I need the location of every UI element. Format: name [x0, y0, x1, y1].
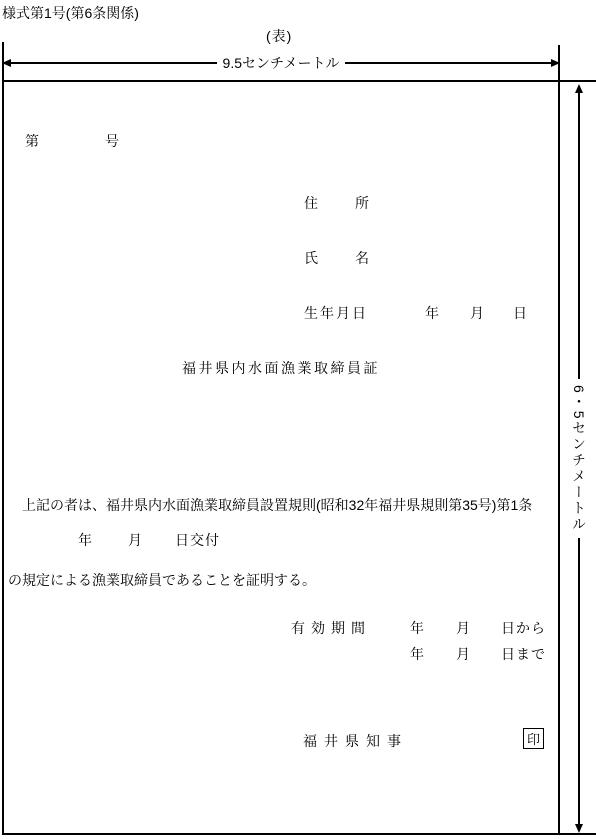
- statement-line-2: の規定による漁業取締員であることを証明する。: [8, 568, 532, 593]
- arrowhead-down-icon: [575, 824, 583, 833]
- measure-tick-left: [2, 42, 4, 80]
- border-extension-top: [560, 80, 596, 82]
- side-label: (表): [266, 26, 292, 46]
- arrowhead-up-icon: [575, 84, 583, 93]
- certificate-card: 第 号 住 所 氏 名 生年月日 年 月 日 福井県内水面漁業取締員証 上記の者…: [2, 80, 560, 835]
- measure-line-bottom: [578, 538, 580, 824]
- issue-date-year-label: 年: [78, 530, 92, 550]
- validity-from-year-label: 年: [410, 618, 424, 638]
- birthdate-month-label: 月: [470, 303, 484, 323]
- certificate-number-suffix: 号: [105, 131, 119, 151]
- measure-tick-right: [558, 45, 560, 80]
- width-measure-label: 9.5センチメートル: [217, 53, 346, 73]
- certificate-title: 福井県内水面漁業取締員証: [4, 358, 558, 378]
- issue-date-day-label: 日交付: [175, 530, 220, 550]
- birthdate-label: 生年月日: [304, 303, 368, 323]
- width-measure: 9.5センチメートル: [2, 55, 560, 71]
- name-label-left: 氏: [304, 248, 318, 268]
- birthdate-day-label: 日: [513, 303, 527, 323]
- validity-to-day-label: 日まで: [501, 644, 546, 664]
- name-label-right: 名: [355, 248, 369, 268]
- form-number-label: 様式第1号(第6条関係): [2, 3, 139, 23]
- validity-from-month-label: 月: [456, 618, 470, 638]
- measure-line-left: [11, 62, 217, 64]
- address-label-left: 住: [304, 193, 318, 213]
- validity-to-month-label: 月: [456, 644, 470, 664]
- measure-line-top: [578, 93, 580, 379]
- birthdate-year-label: 年: [425, 303, 439, 323]
- validity-from-day-label: 日から: [501, 618, 546, 638]
- validity-label: 有効期間: [291, 618, 371, 638]
- certificate-number-prefix: 第: [25, 131, 39, 151]
- issuer-label: 福井県知事: [303, 731, 408, 751]
- seal-box: 印: [523, 728, 544, 749]
- height-measure: 6・5センチメートル: [570, 84, 588, 833]
- measure-line-right: [345, 62, 551, 64]
- form-page: 様式第1号(第6条関係) (表) 9.5センチメートル 6・5センチメートル 第…: [0, 0, 596, 839]
- issue-date-month-label: 月: [128, 530, 142, 550]
- statement-line-1: 上記の者は、福井県内水面漁業取締員設置規則(昭和32年福井県規則第35号)第1条: [8, 493, 532, 518]
- address-label-right: 所: [355, 193, 369, 213]
- height-measure-label: 6・5センチメートル: [569, 379, 589, 539]
- validity-to-year-label: 年: [410, 644, 424, 664]
- border-extension-bottom: [560, 833, 596, 835]
- seal-label: 印: [527, 729, 540, 748]
